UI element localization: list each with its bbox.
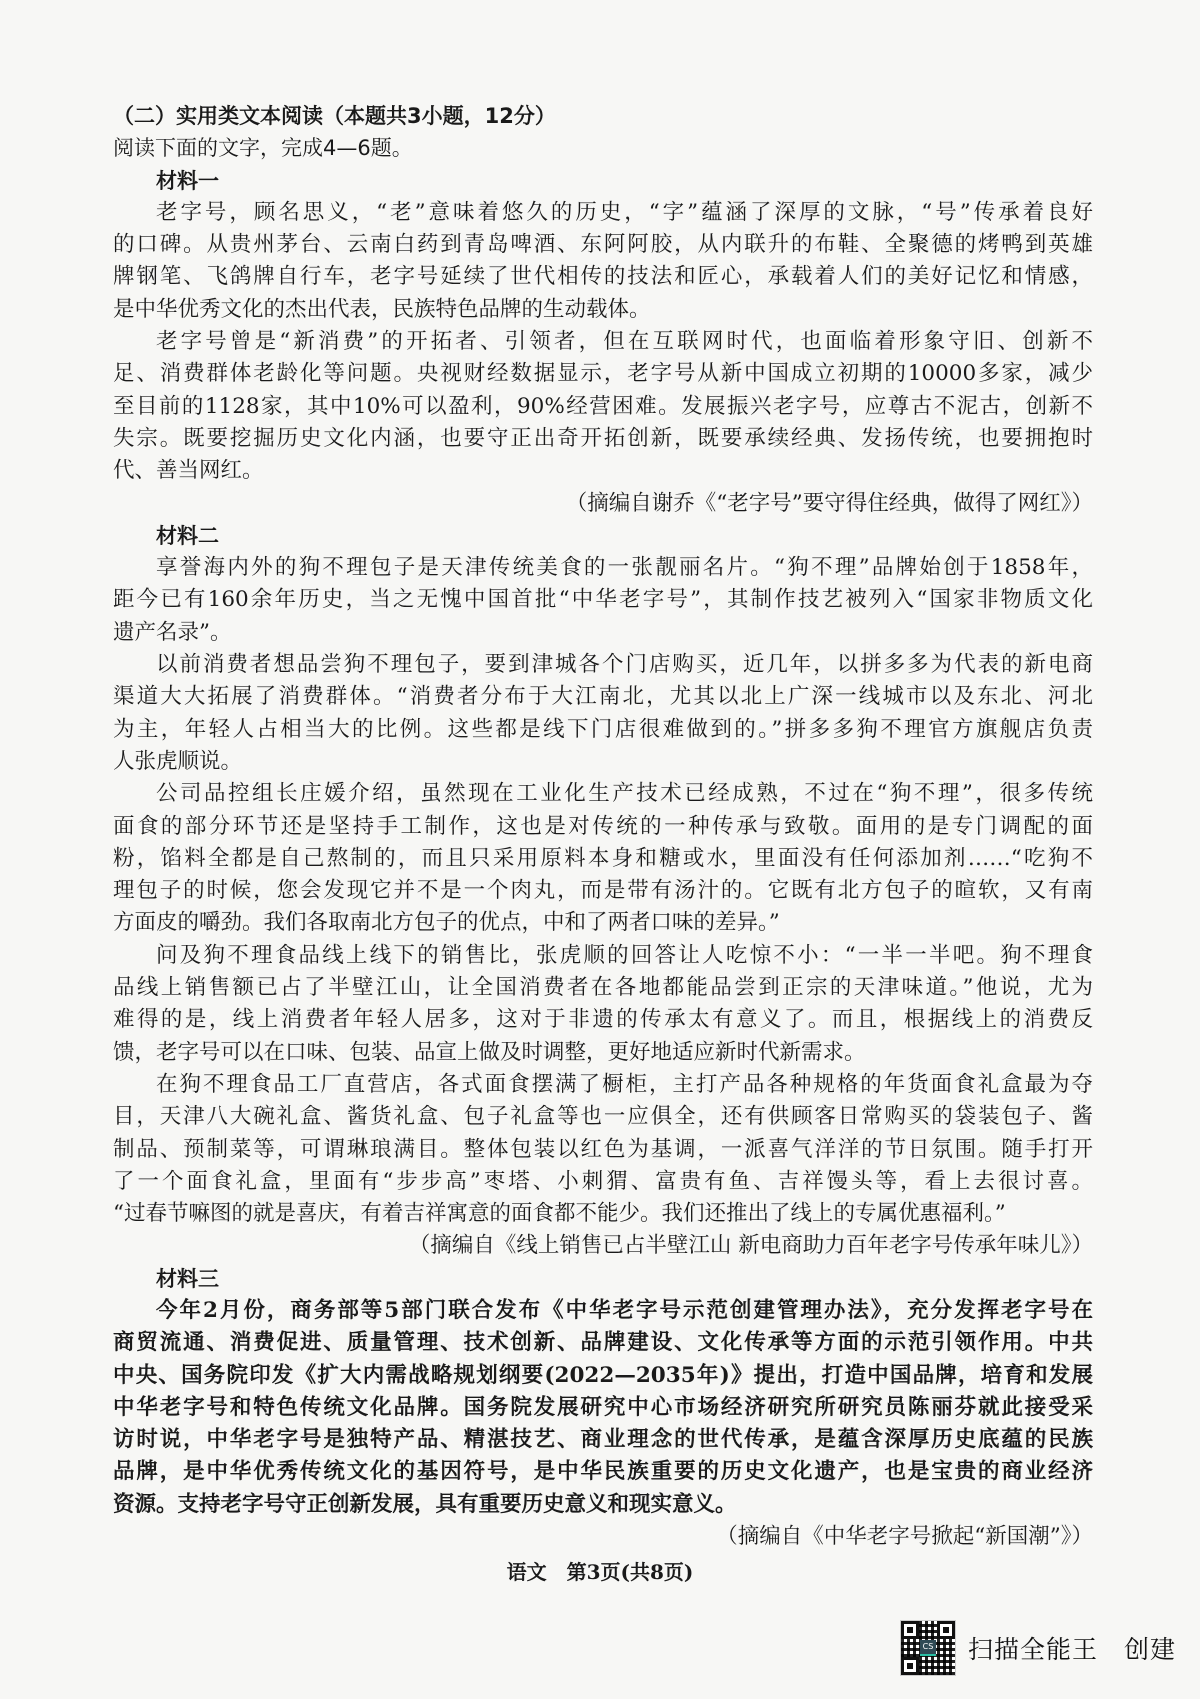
paragraph-line: 方面皮的嚼劲。我们各取南北方包子的优点，中和了两者口味的差异。” bbox=[113, 907, 1093, 939]
section-instruction: 阅读下面的文字，完成4—6题。 bbox=[113, 132, 1093, 164]
scanner-watermark: CS 扫描全能王 创建 bbox=[900, 1620, 1176, 1676]
paragraph-line: 公司品控组长庄媛介绍，虽然现在工业化生产技术已经成熟，不过在“狗不理”，很多传统 bbox=[113, 778, 1093, 810]
paragraph-line: 以前消费者想品尝狗不理包子，要到津城各个门店购买，近几年，以拼多多为代表的新电商 bbox=[113, 649, 1093, 681]
camscanner-logo-icon: CS bbox=[920, 1640, 936, 1656]
material-source: （摘编自《线上销售已占半壁江山 新电商助力百年老字号传承年味儿》） bbox=[113, 1230, 1093, 1262]
paragraph-line: “过春节嘛图的就是喜庆，有着吉祥寓意的面食都不能少。我们还推出了线上的专属优惠福… bbox=[113, 1198, 1093, 1230]
paragraph-line: 今年2月份，商务部等5部门联合发布《中华老字号示范创建管理办法》，充分发挥老字号… bbox=[113, 1295, 1093, 1327]
materials-container: 材料一老字号，顾名思义，“老”意味着悠久的历史，“字”蕴涵了深厚的文脉，“号”传… bbox=[113, 165, 1093, 1554]
exam-page: （二）实用类文本阅读（本题共3小题，12分） 阅读下面的文字，完成4—6题。 材… bbox=[113, 100, 1093, 1553]
paragraph-line: 至目前的1128家，其中10%可以盈利，90%经营困难。发展振兴老字号，应尊古不… bbox=[113, 391, 1093, 423]
paragraph-line: 制品、预制菜等，可谓琳琅满目。整体包装以红色为基调，一派喜气洋洋的节日氛围。随手… bbox=[113, 1134, 1093, 1166]
paragraph-line: 距今已有160余年历史，当之无愧中国首批“中华老字号”，其制作技艺被列入“国家非… bbox=[113, 584, 1093, 616]
material-source: （摘编自《中华老字号掀起“新国潮”》） bbox=[113, 1521, 1093, 1553]
qr-code-icon: CS bbox=[900, 1620, 956, 1676]
paragraph-line: 理包子的时候，您会发现它并不是一个肉丸，而是带有汤汁的。它既有北方包子的暄软，又… bbox=[113, 875, 1093, 907]
paragraph-line: 难得的是，线上消费者年轻人居多，这对于非遗的传承太有意义了。而且，根据线上的消费… bbox=[113, 1004, 1093, 1036]
material-title: 材料二 bbox=[113, 520, 1093, 552]
paragraph-line: 资源。支持老字号守正创新发展，具有重要历史意义和现实意义。 bbox=[113, 1489, 1093, 1521]
paragraph-line: 馈，老字号可以在口味、包装、品宣上做及时调整，更好地适应新时代新需求。 bbox=[113, 1037, 1093, 1069]
paragraph-line: 商贸流通、消费促进、质量管理、技术创新、品牌建设、文化传承等方面的示范引领作用。… bbox=[113, 1327, 1093, 1359]
paragraph-line: 访时说，中华老字号是独特产品、精湛技艺、商业理念的世代传承，是蕴含深厚历史底蕴的… bbox=[113, 1424, 1093, 1456]
paragraph-line: 老字号，顾名思义，“老”意味着悠久的历史，“字”蕴涵了深厚的文脉，“号”传承着良… bbox=[113, 197, 1093, 229]
paragraph-line: 足、消费群体老龄化等问题。央视财经数据显示，老字号从新中国成立初期的10000多… bbox=[113, 358, 1093, 390]
material-title: 材料三 bbox=[113, 1263, 1093, 1295]
paragraph-line: 失宗。既要挖掘历史文化内涵，也要守正出奇开拓创新，既要承续经典、发扬传统，也要拥… bbox=[113, 423, 1093, 455]
page-footer: 语文 第3页(共8页) bbox=[0, 1556, 1200, 1585]
material-source: （摘编自谢乔《“老字号”要守得住经典，做得了网红》） bbox=[113, 488, 1093, 520]
paragraph-line: 品线上销售额已占了半壁江山，让全国消费者在各地都能品尝到正宗的天津味道。”他说，… bbox=[113, 972, 1093, 1004]
paragraph-line: 中华老字号和特色传统文化品牌。国务院发展研究中心市场经济研究所研究员陈丽芬就此接… bbox=[113, 1392, 1093, 1424]
paragraph-line: 问及狗不理食品线上线下的销售比，张虎顺的回答让人吃惊不小：“一半一半吧。狗不理食 bbox=[113, 940, 1093, 972]
paragraph-line: 在狗不理食品工厂直营店，各式面食摆满了橱柜，主打产品各种规格的年货面食礼盒最为夺 bbox=[113, 1069, 1093, 1101]
paragraph-line: 遗产名录”。 bbox=[113, 617, 1093, 649]
paragraph-line: 中央、国务院印发《扩大内需战略规划纲要(2022—2035年)》提出，打造中国品… bbox=[113, 1360, 1093, 1392]
paragraph-line: 牌钢笔、飞鸽牌自行车，老字号延续了世代相传的技法和匠心，承载着人们的美好记忆和情… bbox=[113, 261, 1093, 293]
paragraph-line: 老字号曾是“新消费”的开拓者、引领者，但在互联网时代，也面临着形象守旧、创新不 bbox=[113, 326, 1093, 358]
paragraph-line: 品牌，是中华优秀传统文化的基因符号，是中华民族重要的历史文化遗产，也是宝贵的商业… bbox=[113, 1456, 1093, 1488]
paragraph-line: 面食的部分环节还是坚持手工制作，这也是对传统的一种传承与致敬。面用的是专门调配的… bbox=[113, 811, 1093, 843]
paragraph-line: 是中华优秀文化的杰出代表，民族特色品牌的生动载体。 bbox=[113, 294, 1093, 326]
material-title: 材料一 bbox=[113, 165, 1093, 197]
paragraph-line: 人张虎顺说。 bbox=[113, 746, 1093, 778]
paragraph-line: 的口碑。从贵州茅台、云南白药到青岛啤酒、东阿阿胶，从内联升的布鞋、全聚德的烤鸭到… bbox=[113, 229, 1093, 261]
paragraph-line: 代、善当网红。 bbox=[113, 455, 1093, 487]
paragraph-line: 了一个面食礼盒，里面有“步步高”枣塔、小刺猬、富贵有鱼、吉祥馒头等，看上去很讨喜… bbox=[113, 1166, 1093, 1198]
paragraph-line: 渠道大大拓展了消费群体。“消费者分布于大江南北，尤其以北上广深一线城市以及东北、… bbox=[113, 681, 1093, 713]
paragraph-line: 目，天津八大碗礼盒、酱货礼盒、包子礼盒等也一应俱全，还有供顾客日常购买的袋装包子… bbox=[113, 1101, 1093, 1133]
paragraph-line: 粉，馅料全都是自己熬制的，而且只采用原料本身和糖或水，里面没有任何添加剂……“吃… bbox=[113, 843, 1093, 875]
paragraph-line: 享誉海内外的狗不理包子是天津传统美食的一张靓丽名片。“狗不理”品牌始创于1858… bbox=[113, 552, 1093, 584]
paragraph-line: 为主，年轻人占相当大的比例。这些都是线下门店很难做到的。”拼多多狗不理官方旗舰店… bbox=[113, 714, 1093, 746]
section-heading: （二）实用类文本阅读（本题共3小题，12分） bbox=[113, 100, 1093, 132]
watermark-text: 扫描全能王 创建 bbox=[968, 1630, 1176, 1666]
